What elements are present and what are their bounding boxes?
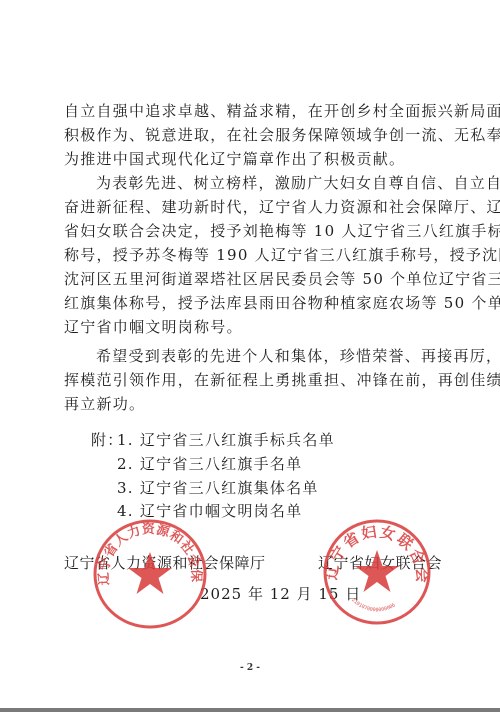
paragraph2-line: 称号，授予苏冬梅等 190 人辽宁省三八红旗手称号，授予沈阳市 [64, 243, 444, 267]
paragraph3-line: 再立新功。 [64, 392, 444, 416]
paragraph3-line: 挥模范引领作用，在新征程上勇挑重担、冲锋在前，再创佳绩、 [64, 368, 444, 392]
seal-right-icon: 辽宁省妇女联合会 2101070000000006 [322, 518, 432, 626]
paragraph2-line: 红旗集体称号，授予法库县雨田谷物种植家庭农场等 50 个单位 [64, 291, 444, 315]
seal-left-icon: 辽宁省人力资源和社会保障厅 [92, 518, 208, 630]
paragraph2-line: 辽宁省巾帼文明岗称号。 [64, 315, 444, 339]
viewer-bottom-edge [0, 708, 500, 712]
paragraph2-line: 沈河区五里河街道翠塔社区居民委员会等 50 个单位辽宁省三八 [64, 267, 444, 291]
attachment-item: 2. 辽宁省三八红旗手名单 [117, 452, 417, 476]
paragraph1-line: 积极作为、锐意进取，在社会服务保障领域争创一流、无私奉献， [64, 123, 444, 147]
official-seal-left: 辽宁省人力资源和社会保障厅 [92, 518, 208, 630]
svg-text:2101070000000006: 2101070000000006 [350, 597, 397, 613]
attachment-item: 3. 辽宁省三八红旗集体名单 [117, 476, 417, 500]
paragraph2-line: 奋进新征程、建功新时代，辽宁省人力资源和社会保障厅、辽宁 [64, 195, 444, 219]
paragraph2-line: 为表彰先进、树立榜样，激励广大妇女自尊自信、自立自强， [96, 171, 444, 195]
page-number: - 2 - [0, 663, 500, 673]
official-seal-right: 辽宁省妇女联合会 2101070000000006 [322, 518, 432, 626]
paragraph3-line: 希望受到表彰的先进个人和集体，珍惜荣誉、再接再厉，发 [96, 344, 444, 368]
paragraph1-line: 自立自强中追求卓越、精益求精，在开创乡村全面振兴新局面上 [64, 99, 444, 123]
document-page: 自立自强中追求卓越、精益求精，在开创乡村全面振兴新局面上 积极作为、锐意进取，在… [0, 0, 500, 708]
attachment-item: 1. 辽宁省三八红旗手标兵名单 [117, 428, 417, 452]
paragraph2-line: 省妇女联合会决定，授予刘艳梅等 10 人辽宁省三八红旗手标兵 [64, 219, 444, 243]
paragraph1-line: 为推进中国式现代化辽宁篇章作出了积极贡献。 [64, 147, 444, 171]
